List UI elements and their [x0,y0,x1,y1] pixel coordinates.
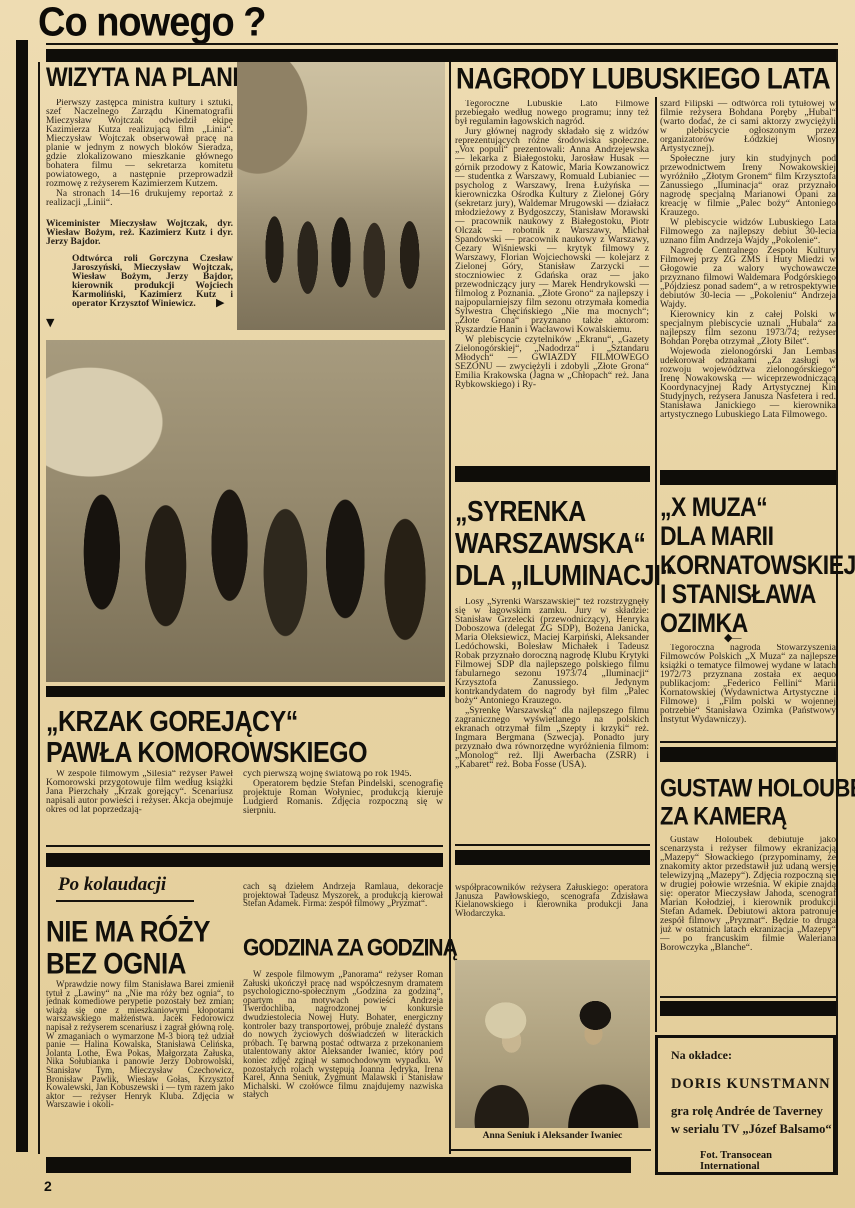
paragraph: Losy „Syrenki Warszawskiej“ też rozstrzy… [455,598,649,706]
section-kicker: Po kolaudacji [56,874,194,902]
left-frame-rule [38,62,40,1154]
magazine-page: Co nowego ? WIZYTA NA PLANIE Pierwszy za… [0,0,855,1208]
paragraph: Operatorem będzie Stefan Pindelski, scen… [243,780,443,816]
divider-bar [46,853,443,867]
paragraph: W zespole filmowym „Silesia“ reżyser Paw… [46,770,233,815]
headline-holoubek-1: GUSTAW HOLOUBEK [660,776,855,801]
krzak-column-1: W zespole filmowym „Silesia“ reżyser Paw… [46,770,233,848]
divider-bar [455,850,650,865]
photo-caption: Wiceminister Mieczysław Wojtczak, dyr. W… [46,220,233,247]
paragraph: Nagrodę Centralnego Zespołu Kultury Film… [660,247,836,310]
paragraph: Społeczne jury kin studyjnych pod przewo… [660,155,836,218]
headline-holoubek-2: ZA KAMERĄ [660,804,787,829]
cover-label: Na okładce: [671,1048,732,1063]
cover-role-line-2: w serialu TV „Józef Balsamo“ [671,1122,832,1137]
divider-bar [455,466,650,482]
arrow-down-icon: ▼ [46,316,54,329]
headline-xmuza-1: „X MUZA“ [660,494,767,520]
headline-godzina: GODZINA ZA GODZINĄ [243,936,457,960]
photo-anna-seniuk-aleksander-iwaniec [455,960,650,1128]
left-edge-bar [16,40,28,1152]
divider-rule [449,1149,651,1151]
divider-bar [46,686,445,697]
godzina-body: W zespole filmowym „Panorama“ reżyser Ro… [243,970,443,1154]
syrenka-body: Losy „Syrenki Warszawskiej“ też rozstrzy… [455,598,649,838]
paragraph: Tegoroczna nagroda Stowarzyszenia Filmow… [660,644,836,725]
nagrody-column-2: szard Filipski — odtwórca roli tytułowej… [660,100,836,460]
roza-continuation: cach są dziełem Andrzeja Ramlaua, dekora… [243,882,443,926]
cover-actress-name: DORIS KUNSTMANN [671,1076,831,1093]
divider-rule [660,741,836,743]
divider-bar [660,747,836,762]
ornament-icon: ◆— [724,631,739,644]
paragraph: współpracowników reżysera Załuskiego: op… [455,883,648,917]
cover-photo-credit: Fot. Transocean International [700,1150,833,1172]
paragraph: Kierownicy kin z całej Polski w specjaln… [660,311,836,347]
divider-rule [46,845,443,847]
headline-roza-2: BEZ OGNIA [46,948,186,978]
paragraph: cych pierwszą wojnę światową po rok 1945… [243,770,443,779]
photo-film-set-group [46,340,445,682]
headline-krzak-2: PAWŁA KOMOROWSKIEGO [46,739,367,768]
headline-syrenka-2: WARSZAWSKA“ [455,530,645,559]
headline-wizyta-na-planie: WIZYTA NA PLANIE [46,64,253,90]
cover-role-line-1: gra rolę Andrée de Taverney [671,1104,823,1119]
paragraph: szard Filipski — odtwórca roli tytułowej… [660,100,836,154]
paragraph: cach są dziełem Andrzeja Ramlaua, dekora… [243,882,443,908]
holoubek-body: Gustaw Holoubek debiutuje jako scenarzys… [660,836,836,988]
header-rule [46,43,838,45]
paragraph: Wprawdzie nowy film Stanisława Barei zmi… [46,980,234,1109]
right-frame-rule [836,49,838,1175]
arrow-right-icon: ▶ [216,296,224,309]
paragraph: Gustaw Holoubek debiutuje jako scenarzys… [660,836,836,953]
nagrody-column-1: Tegoroczne Lubuskie Lato Filmowe przebie… [455,100,649,460]
page-title: Co nowego ? [38,0,266,46]
paragraph: Jury głównej nagrody składało się z widz… [455,128,649,335]
headline-xmuza-2: DLA MARII [660,523,773,549]
divider-rule [455,844,650,846]
headline-syrenka-3: DLA „ILUMINACJI“ [455,562,672,591]
divider-bar [660,470,836,485]
headline-xmuza-4: I STANISŁAWA [660,581,816,607]
photo-caption: Anna Seniuk i Aleksander Iwaniec [455,1131,650,1141]
column-rule-center [449,62,451,1154]
krzak-column-2: cych pierwszą wojnę światową po rok 1945… [243,770,443,850]
paragraph: „Syrenkę Warszawską“ dla najlepszego fil… [455,707,649,770]
bottom-bar [46,1157,631,1173]
headline-nagrody-lubuskiego-lata: NAGRODY LUBUSKIEGO LATA [456,63,830,93]
cover-credit-box: Na okładce: DORIS KUNSTMANN gra rolę And… [655,1035,836,1175]
headline-krzak-1: „KRZAK GOREJĄCY“ [46,708,298,737]
divider-bar [660,1001,836,1016]
paragraph: Pierwszy zastępca ministra kultury i szt… [46,99,233,189]
godzina-continuation: współpracowników reżysera Załuskiego: op… [455,883,648,925]
paragraph: W zespole filmowym „Panorama“ reżyser Ro… [243,970,443,1099]
photo-film-set-visit [237,62,445,330]
paragraph: Tegoroczne Lubuskie Lato Filmowe przebie… [455,100,649,127]
roza-body: Wprawdzie nowy film Stanisława Barei zmi… [46,980,234,1152]
page-number: 2 [44,1178,52,1194]
xmuza-body: Tegoroczna nagroda Stowarzyszenia Filmow… [660,644,836,738]
paragraph: W plebiscycie czytelników „Ekranu“, „Gaz… [455,336,649,390]
paragraph: W plebiscycie widzów Lubuskiego Lata Fil… [660,219,836,246]
wizyta-body: Pierwszy zastępca ministra kultury i szt… [46,99,233,337]
divider-rule [660,996,836,998]
paragraph: Na stronach 14—16 drukujemy reportaż z r… [46,190,233,208]
photo-caption: Odtwórca roli Gorczyna Czesław Jaroszyńs… [72,255,233,309]
headline-xmuza-3: KORNATOWSKIEJ [660,552,855,578]
headline-syrenka-1: „SYRENKA [455,498,586,527]
paragraph: Wojewoda zielonogórski Jan Lembas udekor… [660,348,836,420]
headline-roza-1: NIE MA RÓŻY [46,916,210,946]
